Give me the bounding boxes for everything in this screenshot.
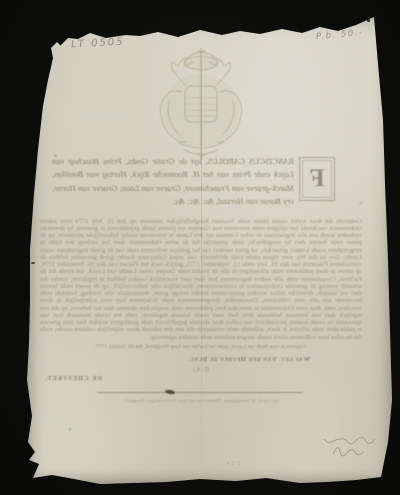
pencil-scribble bbox=[314, 424, 377, 461]
coat-of-arms-icon bbox=[148, 46, 254, 164]
document-paper: 4to LT 0505 P.b. 50.- 405 bbox=[26, 14, 394, 486]
ink-blot bbox=[165, 389, 175, 394]
imprint-line: Tot Luyck, by Bourguignon, Druckersse va… bbox=[40, 398, 362, 403]
format-superscript: to bbox=[59, 26, 65, 32]
fly-speck bbox=[367, 19, 370, 22]
body-paragraph: Gemerckt dat door wylen onsen Heere ende… bbox=[40, 218, 362, 341]
edge-speck bbox=[31, 262, 35, 264]
signature-line: Was get. Van der Heyden de Blav. bbox=[40, 356, 362, 363]
heading-text: RANCISCUS CAROLUS, uyt de Gratie Godts, … bbox=[52, 156, 294, 206]
seal-mark: (L. S.) bbox=[40, 367, 362, 373]
divider-rule bbox=[97, 391, 303, 395]
rule-line bbox=[97, 392, 303, 393]
photo-background: 4to LT 0505 P.b. 50.- 405 bbox=[0, 0, 400, 495]
format-digit: 4 bbox=[54, 28, 60, 37]
proclamation-heading: FRANCISCUS CAROLUS, uyt de Gratie Godts,… bbox=[40, 155, 362, 209]
pencil-annotation-bottom-mark: 405 bbox=[226, 461, 243, 467]
pencil-annotation-format: 4to bbox=[54, 26, 65, 37]
heading-drop-cap: F bbox=[299, 157, 335, 201]
mirrored-print-layer: FRANCISCUS CAROLUS, uyt de Gratie Godts,… bbox=[40, 155, 362, 403]
pencil-annotation-inventory: LT 0505 bbox=[71, 37, 125, 51]
closing-line: Gegeven in onse Stadt van Luyck, onder h… bbox=[40, 344, 362, 350]
secretary-name: DE CHESTRET. bbox=[40, 376, 362, 382]
pencil-annotation-price: P.b. 50.- bbox=[316, 28, 364, 42]
